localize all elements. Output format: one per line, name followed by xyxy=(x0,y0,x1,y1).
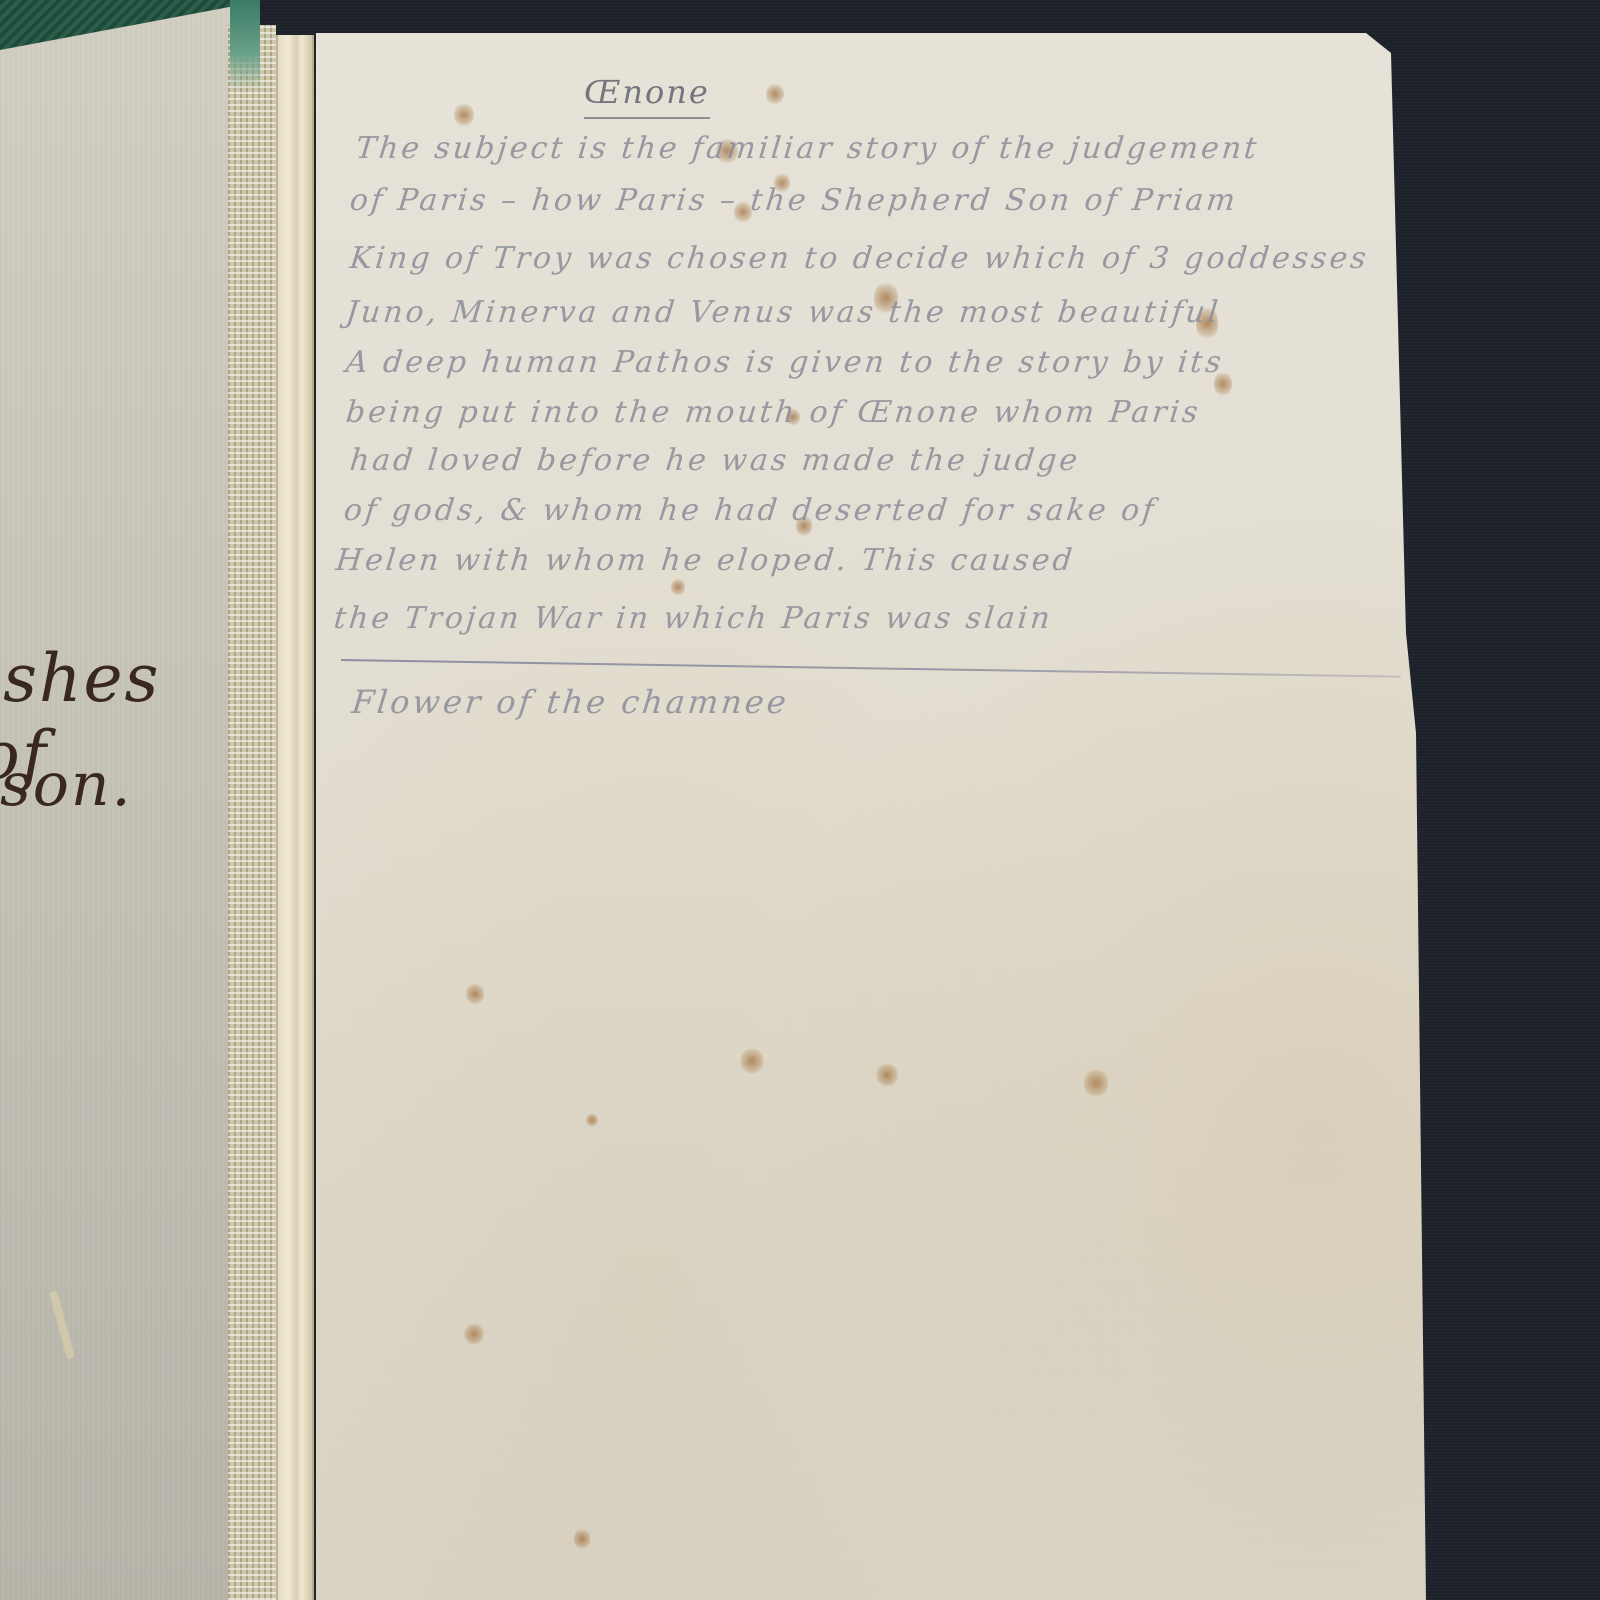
note-line: King of Troy was chosen to decide which … xyxy=(348,241,1370,276)
inside-front-cover: ishes of son. xyxy=(0,0,240,1600)
foxing-spot xyxy=(740,1048,764,1074)
note-line: Helen with whom he eloped. This caused xyxy=(334,543,1077,578)
foxing-spot xyxy=(586,1113,598,1127)
note-line: had loved before he was made the judge xyxy=(348,443,1082,478)
foxing-spot xyxy=(671,578,685,596)
foxing-spot xyxy=(1084,1068,1108,1098)
spine-hinge-mesh xyxy=(228,25,276,1600)
foxing-spot xyxy=(766,83,784,105)
note-line: A deep human Pathos is given to the stor… xyxy=(344,345,1226,380)
note-line: The subject is the familiar story of the… xyxy=(354,131,1261,166)
note-line: the Trojan War in which Paris was slain xyxy=(332,601,1054,636)
page-gutter-strip xyxy=(276,35,314,1600)
note-line: Juno, Minerva and Venus was the most bea… xyxy=(344,295,1222,330)
second-heading: Flower of the chamnee xyxy=(350,683,791,721)
note-line: of gods, & whom he had deserted for sake… xyxy=(342,493,1158,528)
endpaper-page: Œnone The subject is the familiar story … xyxy=(316,33,1426,1600)
cover-scuff-mark xyxy=(49,1290,75,1360)
green-cloth-binding xyxy=(0,0,240,50)
cover-inscription-line-2: son. xyxy=(0,750,133,820)
foxing-spot xyxy=(454,103,474,127)
notes-heading: Œnone xyxy=(584,73,710,119)
foxing-spot xyxy=(466,983,484,1005)
note-line: of Paris – how Paris – the Shepherd Son … xyxy=(348,183,1240,218)
foxing-spot xyxy=(464,1323,484,1345)
spine-cloth-top xyxy=(230,0,260,90)
note-line: being put into the mouth of Œnone whom P… xyxy=(344,395,1202,430)
foxing-spot xyxy=(574,1528,590,1550)
foxing-spot xyxy=(876,1063,898,1087)
pencil-divider-rule xyxy=(341,659,1401,678)
